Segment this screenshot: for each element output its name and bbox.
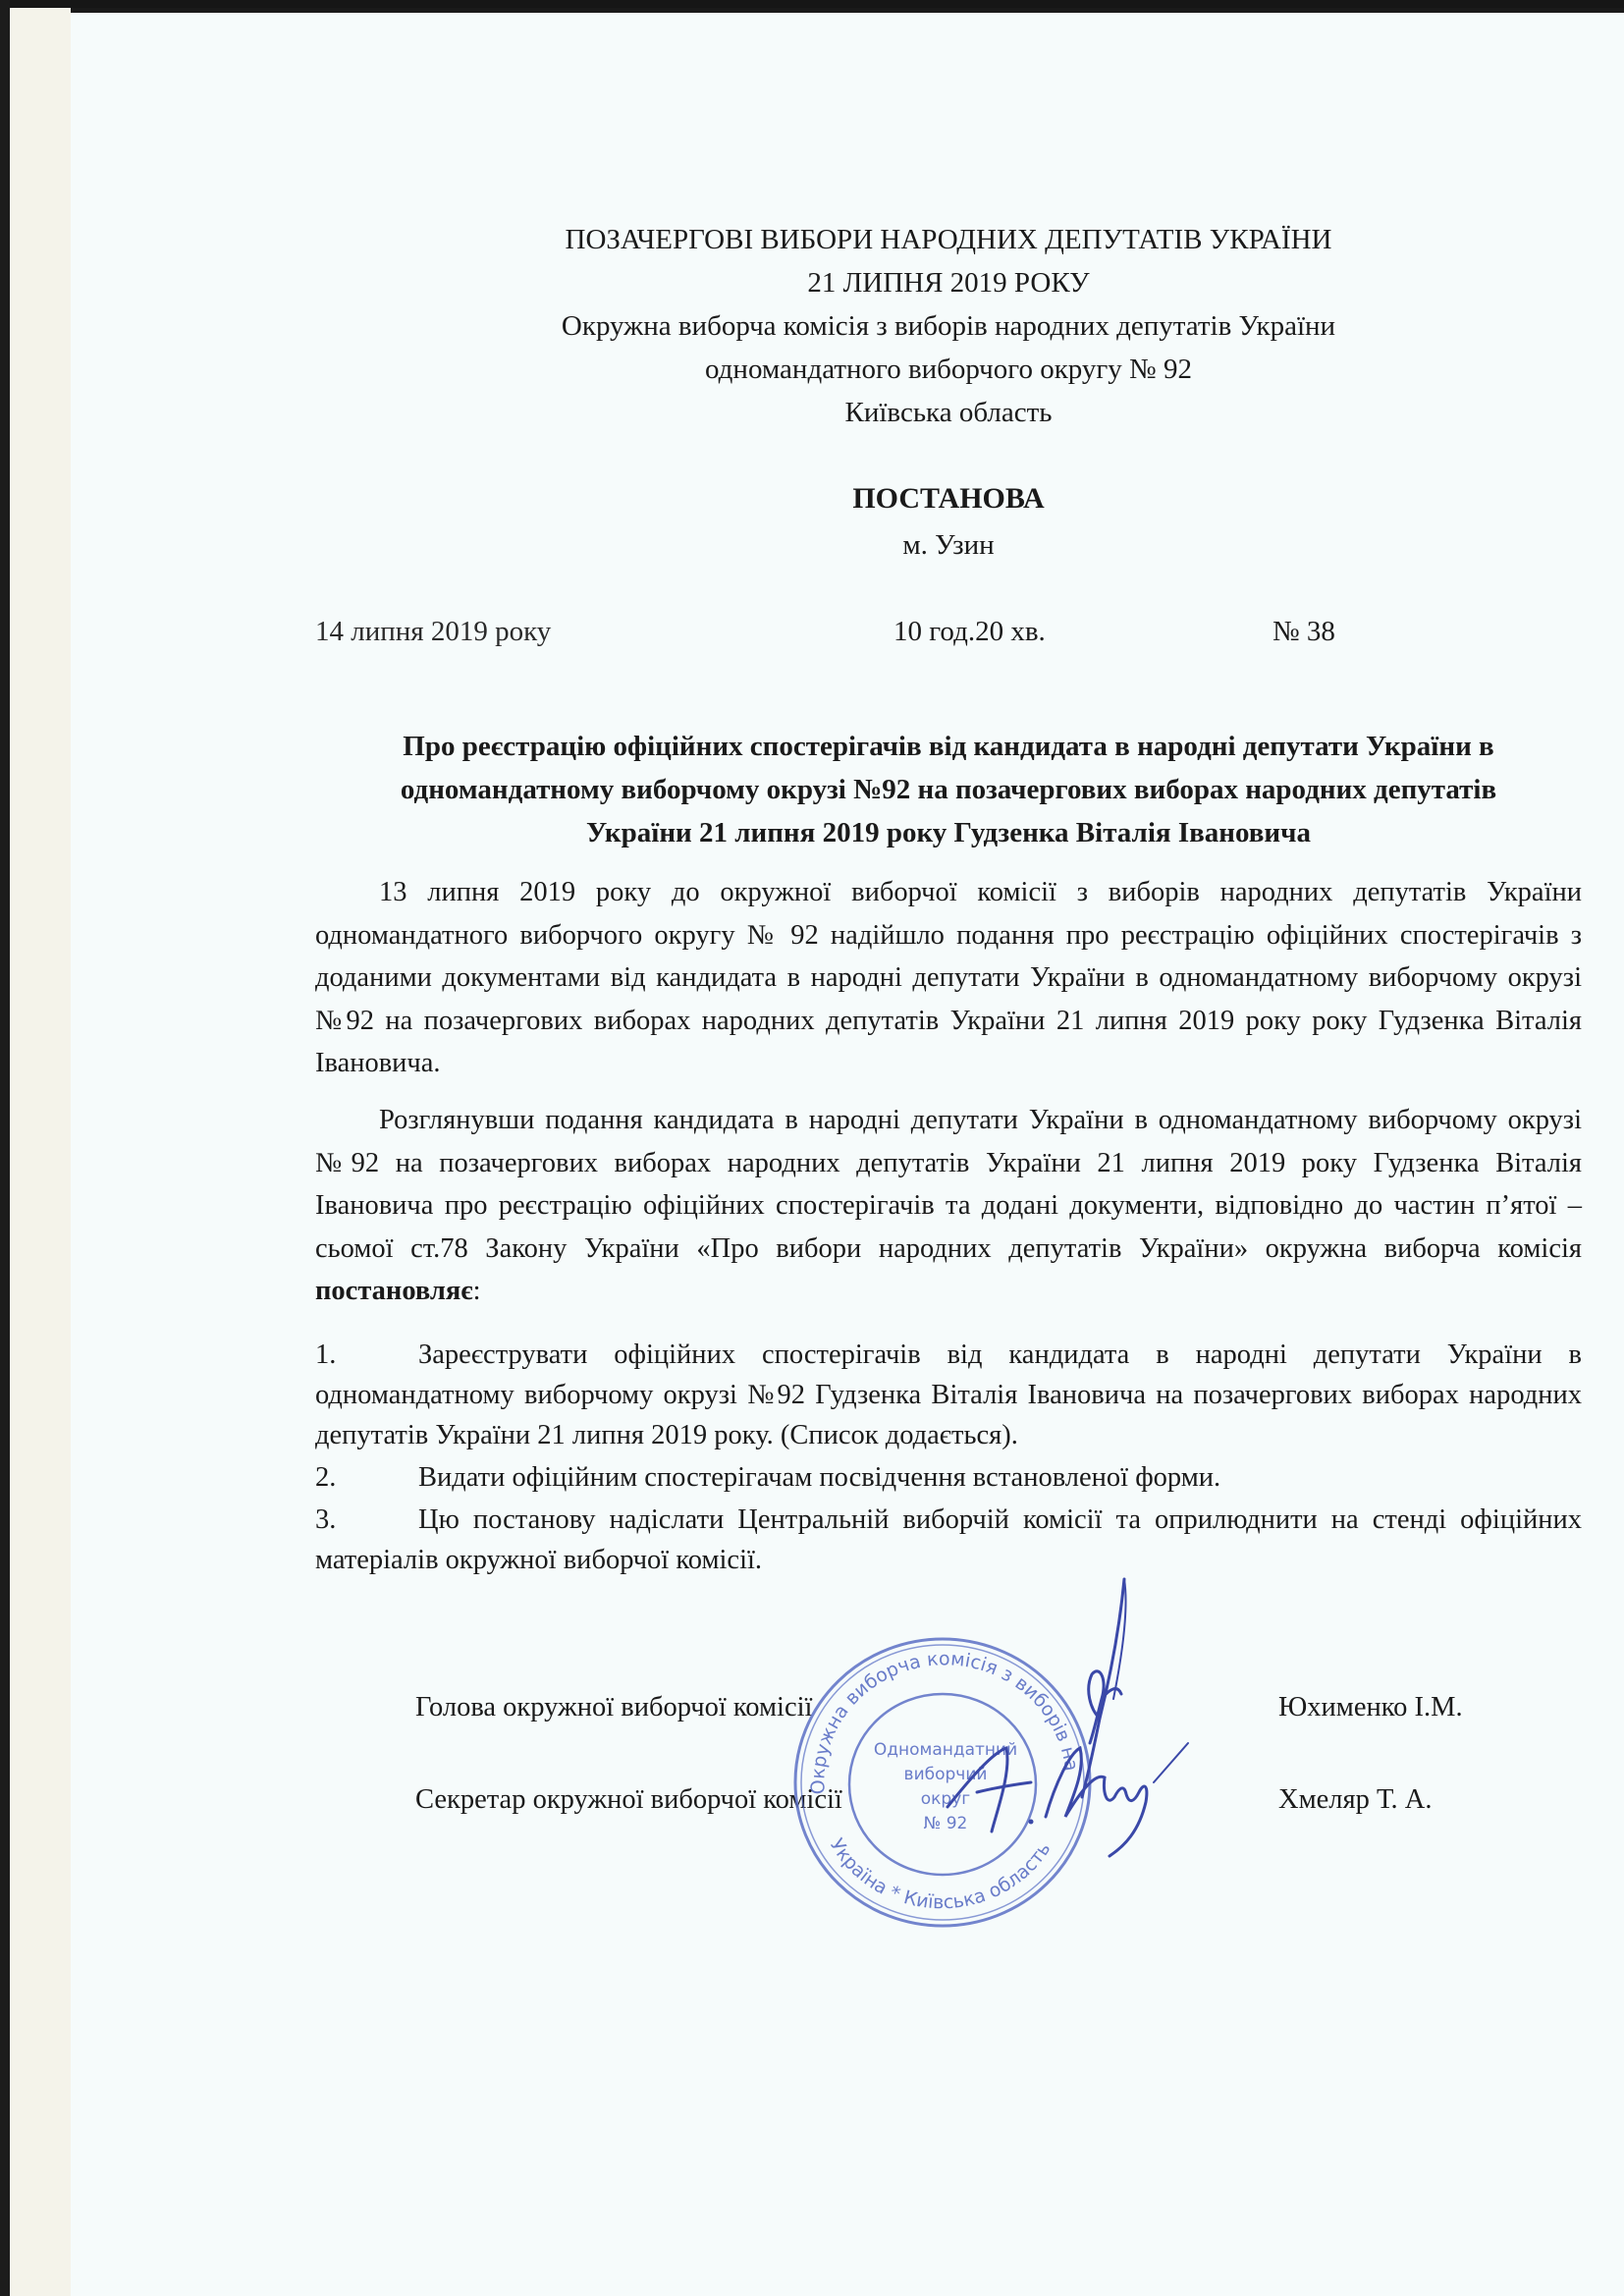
title-line-3: України 21 липня 2019 року Гудзенка Віта… — [315, 811, 1582, 854]
signature-name: Юхименко І.М. — [1278, 1688, 1463, 1727]
document-city: м. Узин — [315, 525, 1582, 565]
header-election-date: 21 ЛИПНЯ 2019 РОКУ — [315, 261, 1582, 304]
resolutions-list: 1.Зареєструвати офіційних спостерігачів … — [315, 1335, 1582, 1582]
document-meta-row: 14 липня 2019 року 10 год.20 хв. № 38 — [0, 612, 1624, 651]
resolution-text: Видати офіційним спостерігачам посвідчен… — [418, 1462, 1220, 1493]
paragraph-2-end: : — [473, 1276, 481, 1306]
paragraph-2-text: Розглянувши подання кандидата в народні … — [315, 1105, 1582, 1264]
document-type: ПОСТАНОВА — [315, 479, 1582, 519]
resolution-item: 3.Цю постанову надіслати Центральній виб… — [315, 1500, 1582, 1580]
title-line-2: одномандатному виборчому окрузі №92 на п… — [315, 768, 1582, 811]
resolution-keyword: постановляє — [315, 1276, 473, 1306]
body-paragraph-2: Розглянувши подання кандидата в народні … — [315, 1099, 1582, 1313]
signature-role: Голова окружної виборчої комісії — [415, 1688, 812, 1727]
signature-row-secretary: Секретар окружної виборчої комісії Хмеля… — [0, 1780, 1624, 1820]
resolution-number: 2. — [315, 1457, 418, 1498]
header-commission-name: Окружна виборча комісія з виборів народн… — [315, 304, 1582, 348]
body-paragraph-1: 13 липня 2019 року до окружної виборчої … — [315, 871, 1582, 1085]
document-number: № 38 — [1272, 612, 1335, 651]
document-time: 10 год.20 хв. — [893, 612, 1046, 651]
signature-role: Секретар окружної виборчої комісії — [415, 1780, 842, 1820]
signature-name: Хмеляр Т. А. — [1278, 1780, 1433, 1820]
resolution-number: 1. — [315, 1335, 418, 1375]
resolution-item: 2.Видати офіційним спостерігачам посвідч… — [315, 1457, 1582, 1498]
scan-margin-strip — [10, 8, 71, 2296]
resolution-item: 1.Зареєструвати офіційних спостерігачів … — [315, 1335, 1582, 1455]
header-region: Київська область — [315, 391, 1582, 434]
election-header: ПОЗАЧЕРГОВІ ВИБОРИ НАРОДНИХ ДЕПУТАТІВ УК… — [315, 218, 1582, 434]
title-line-1: Про реєстрацію офіційних спостерігачів в… — [315, 725, 1582, 768]
resolution-text: Зареєструвати офіційних спостерігачів ві… — [315, 1339, 1582, 1450]
scan-border-left — [0, 0, 10, 2296]
document-title: Про реєстрацію офіційних спостерігачів в… — [315, 725, 1582, 854]
resolution-number: 3. — [315, 1500, 418, 1540]
document-date: 14 липня 2019 року — [315, 612, 551, 651]
header-election-title: ПОЗАЧЕРГОВІ ВИБОРИ НАРОДНИХ ДЕПУТАТІВ УК… — [315, 218, 1582, 261]
scan-border-top — [0, 0, 1624, 8]
resolution-text: Цю постанову надіслати Центральній вибор… — [315, 1504, 1582, 1575]
header-district: одномандатного виборчого округу № 92 — [315, 348, 1582, 391]
signature-row-chairman: Голова окружної виборчої комісії Юхименк… — [0, 1688, 1624, 1727]
